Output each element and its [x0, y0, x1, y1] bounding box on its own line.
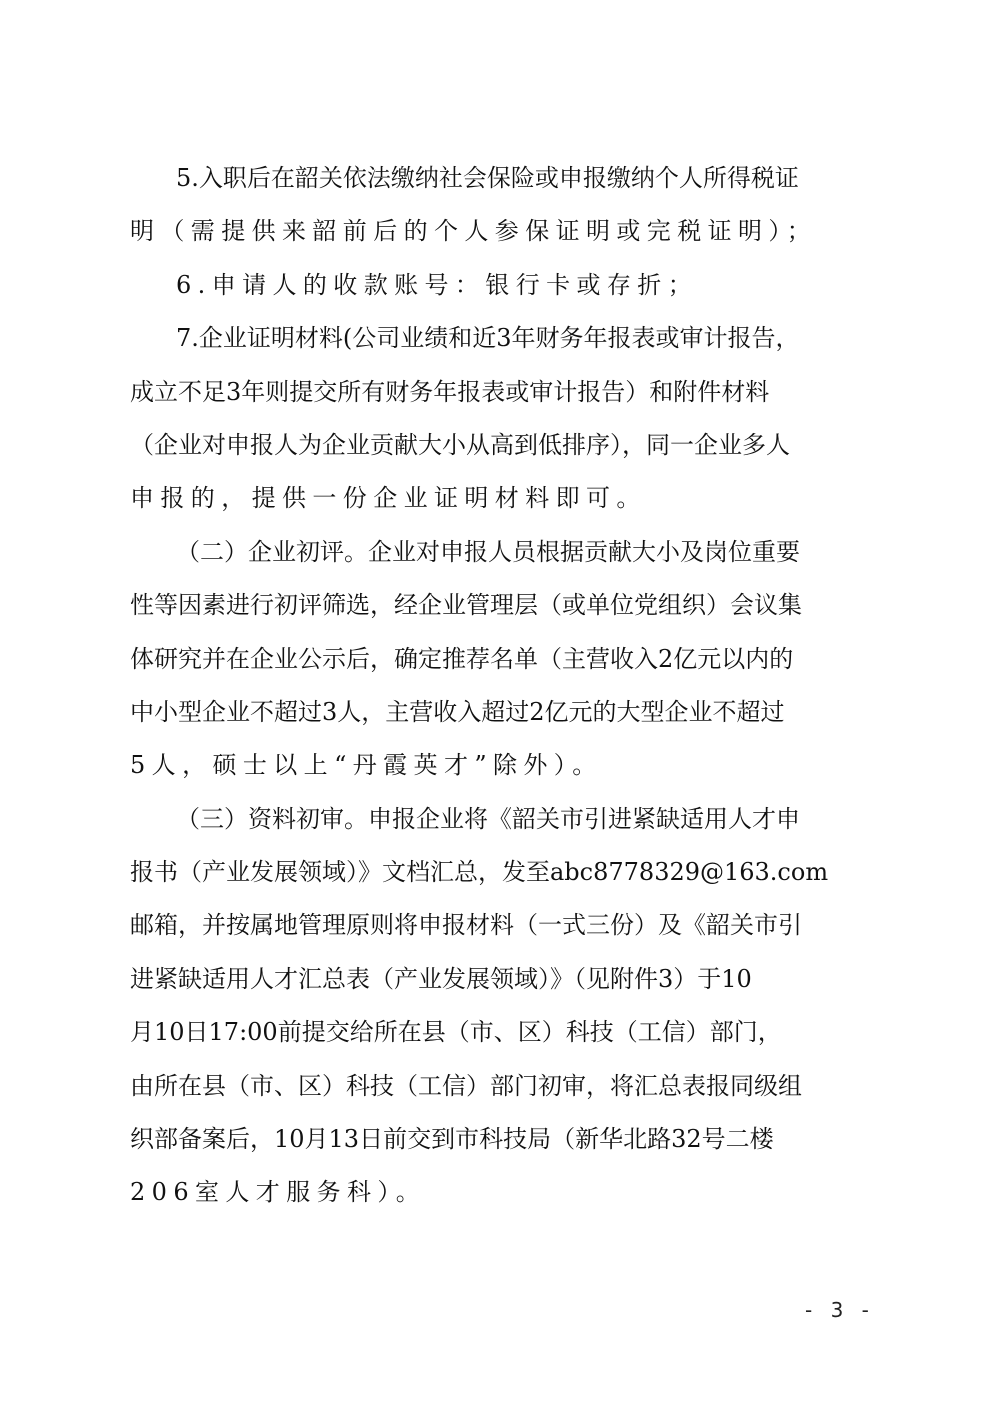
paragraph-item-5-line-1: 5.入职后在韶关依法缴纳社会保险或申报缴纳个人所得税证 [130, 158, 864, 211]
paragraph-section-2-line-3: 体研究并在企业公示后，确定推荐名单（主营收入2亿元以内的 [130, 639, 864, 692]
document-page: 5.入职后在韶关依法缴纳社会保险或申报缴纳个人所得税证 明（需提供来韶前后的个人… [0, 0, 992, 1403]
paragraph-section-3-line-3: 邮箱，并按属地管理原则将申报材料（一式三份）及《韶关市引 [130, 905, 864, 958]
paragraph-section-2-line-5: 5人，硕士以上“丹霞英才”除外）。 [130, 745, 864, 798]
paragraph-section-2-line-1: （二）企业初评。企业对申报人员根据贡献大小及岗位重要 [130, 532, 864, 585]
page-number: - 3 - [805, 1298, 875, 1322]
paragraph-section-2-line-4: 中小型企业不超过3人，主营收入超过2亿元的大型企业不超过 [130, 692, 864, 745]
paragraph-item-7-line-2: 成立不足3年则提交所有财务年报表或审计报告）和附件材料 [130, 372, 864, 425]
paragraph-section-2-line-2: 性等因素进行初评筛选，经企业管理层（或单位党组织）会议集 [130, 585, 864, 638]
paragraph-section-3-line-5: 月10日17:00前提交给所在县（市、区）科技（工信）部门， [130, 1012, 864, 1065]
paragraph-item-5-line-2: 明（需提供来韶前后的个人参保证明或完税证明）； [130, 211, 864, 264]
paragraph-section-3-line-7: 织部备案后，10月13日前交到市科技局（新华北路32号二楼 [130, 1119, 864, 1172]
paragraph-section-3-line-4: 进紧缺适用人才汇总表（产业发展领域）》（见附件3）于10 [130, 959, 864, 1012]
paragraph-item-6-line-1: 6.申请人的收款账号：银行卡或存折； [130, 265, 864, 318]
document-body: 5.入职后在韶关依法缴纳社会保险或申报缴纳个人所得税证 明（需提供来韶前后的个人… [130, 158, 864, 1226]
paragraph-item-7-line-1: 7.企业证明材料(公司业绩和近3年财务年报表或审计报告， [130, 318, 864, 371]
paragraph-section-3-line-6: 由所在县（市、区）科技（工信）部门初审，将汇总表报同级组 [130, 1066, 864, 1119]
paragraph-section-3-line-1: （三）资料初审。申报企业将《韶关市引进紧缺适用人才申 [130, 799, 864, 852]
paragraph-section-3-line-8: 206室人才服务科）。 [130, 1172, 864, 1225]
paragraph-item-7-line-4: 申报的，提供一份企业证明材料即可。 [130, 478, 864, 531]
paragraph-section-3-line-2: 报书（产业发展领域）》文档汇总，发至abc8778329@163.com [130, 852, 864, 905]
paragraph-item-7-line-3: （企业对申报人为企业贡献大小从高到低排序），同一企业多人 [130, 425, 864, 478]
